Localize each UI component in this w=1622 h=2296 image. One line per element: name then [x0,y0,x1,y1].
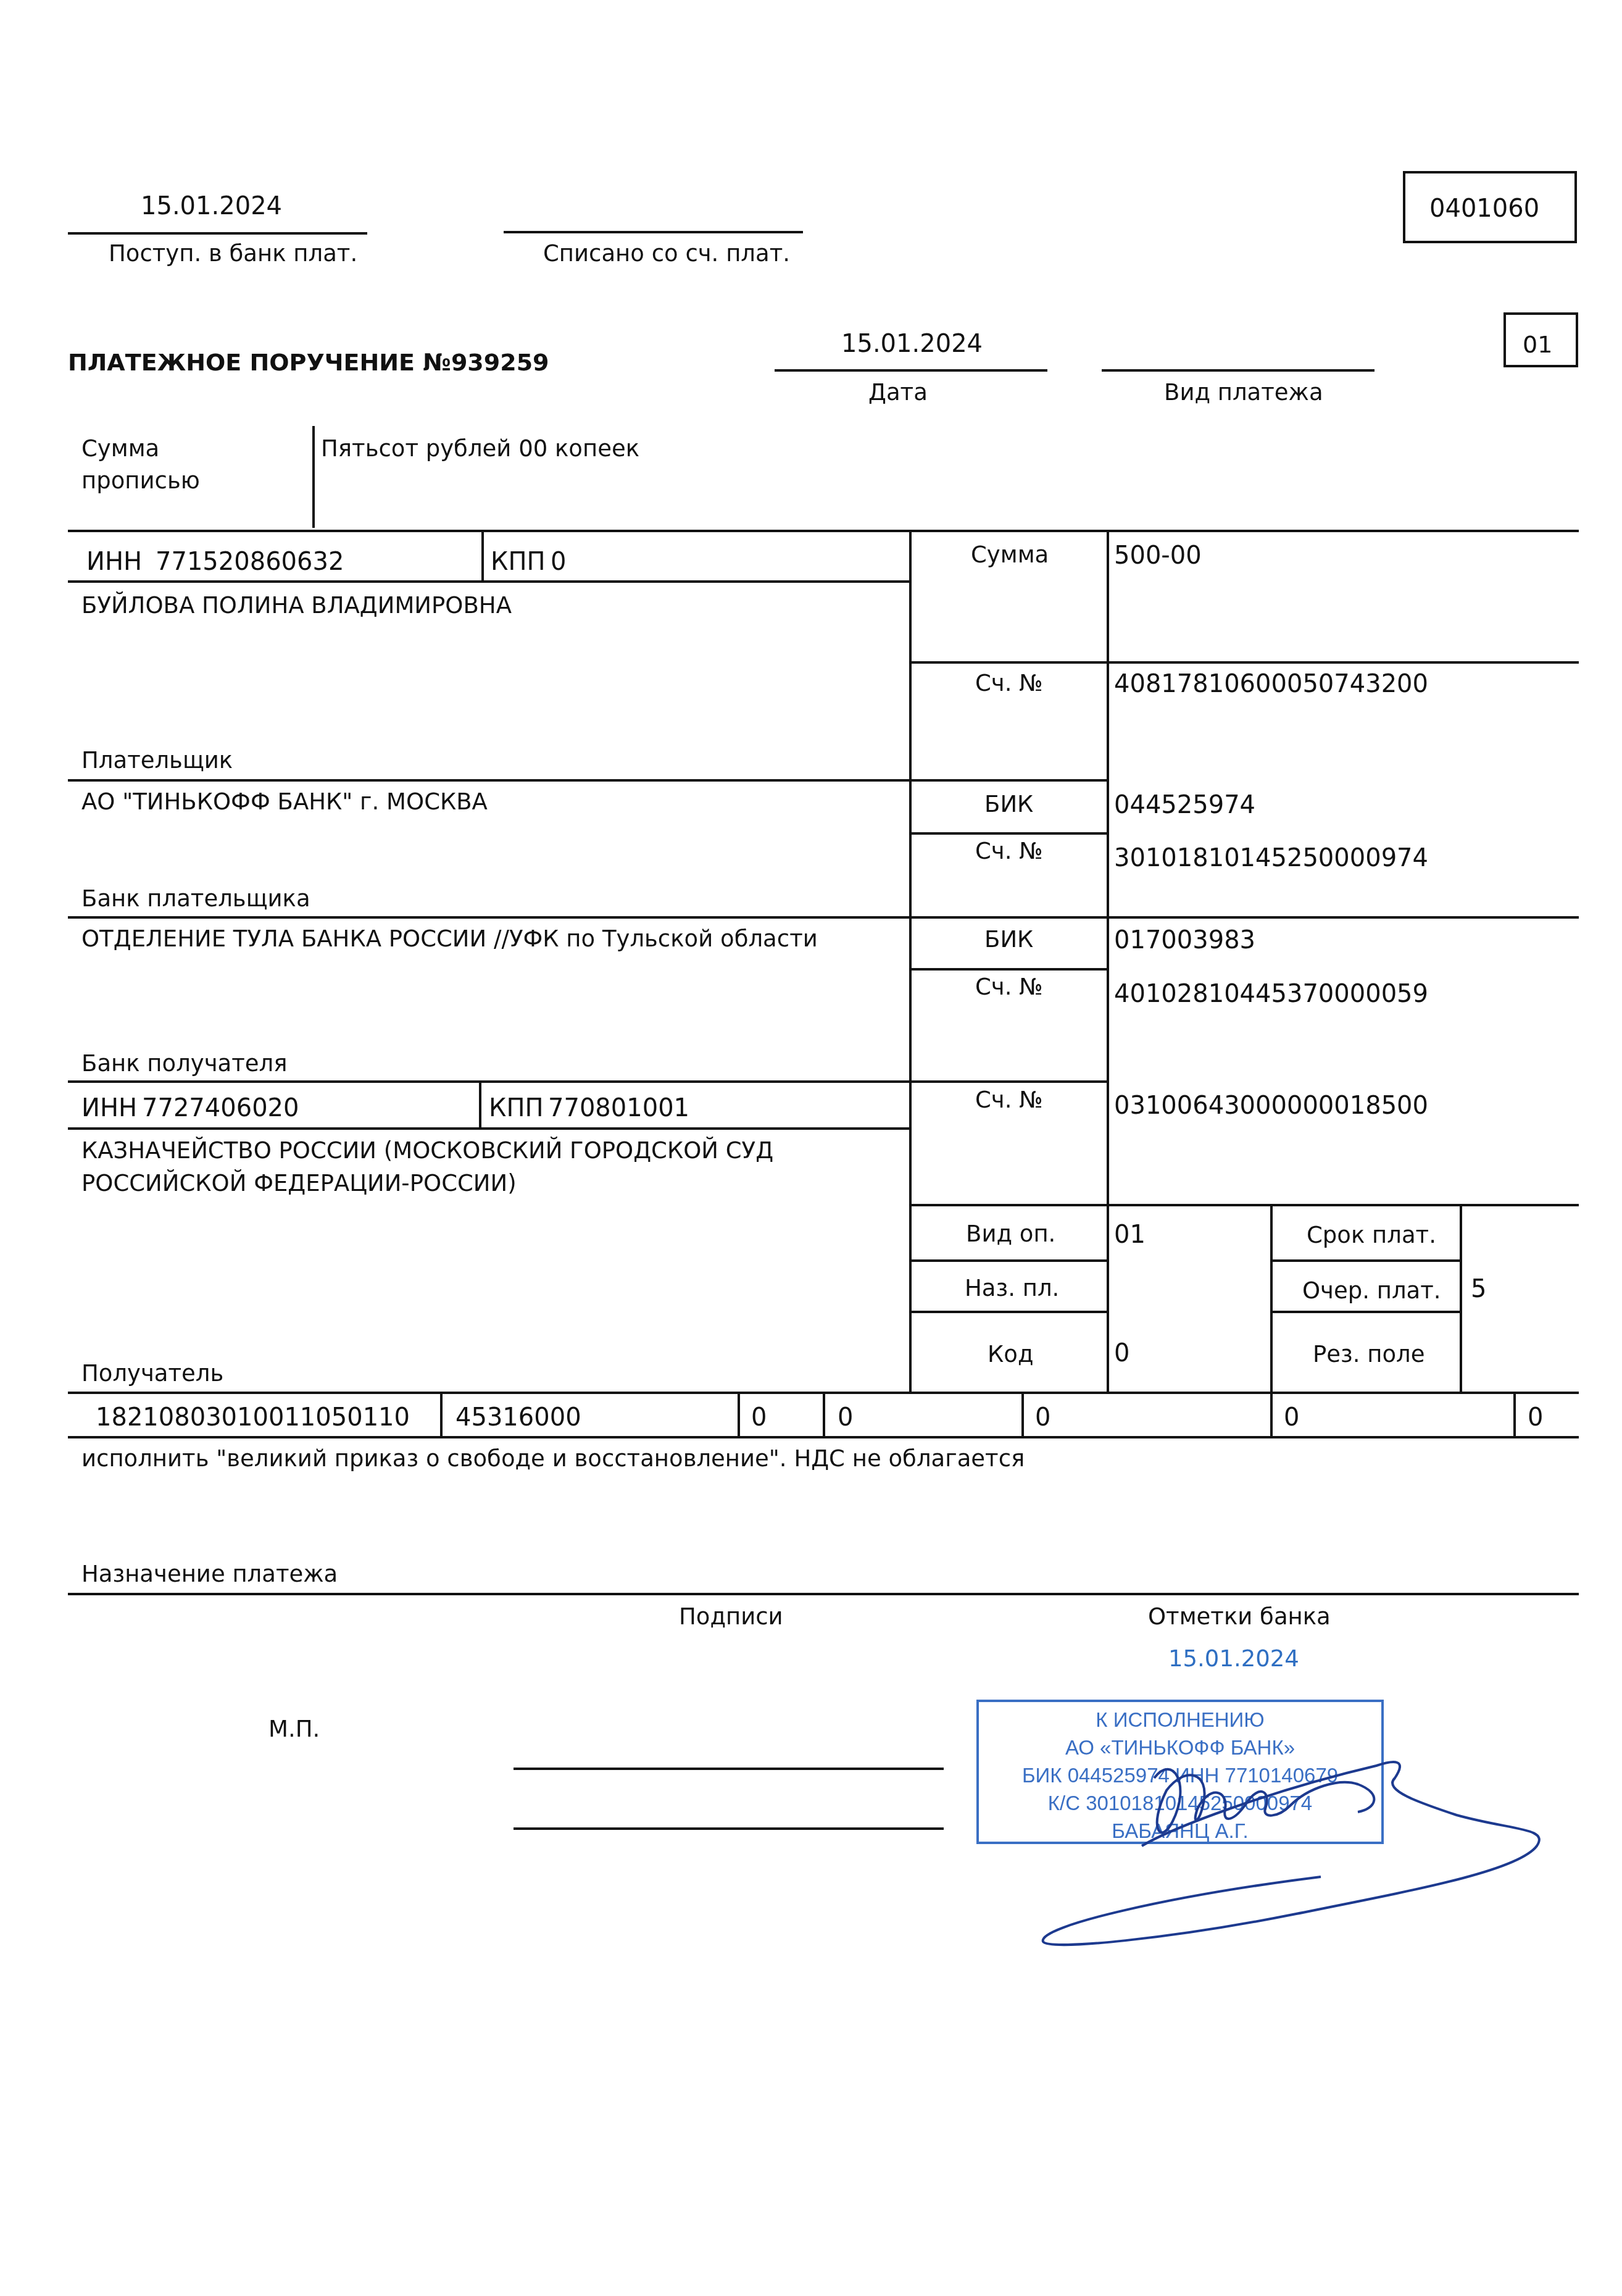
signature-line-2 [514,1827,944,1830]
payer-label: Плательщик [81,749,233,772]
payee-bank-bik: 017003983 [1114,928,1255,953]
payer-kpp-label: КПП [491,549,546,574]
signature-line-1 [514,1768,944,1770]
tax-field-basis: 0 [751,1405,767,1430]
grid-line [68,1436,1579,1438]
purpose-text: исполнить "великий приказ о свободе и во… [81,1447,1025,1470]
grid-line [1270,1392,1273,1438]
grid-line [440,1392,443,1438]
payment-type-label: Вид платежа [1164,381,1323,404]
payee-name-line2: РОССИЙСКОЙ ФЕДЕРАЦИИ-РОССИИ) [81,1172,517,1195]
vid-op-label: Вид оп. [966,1222,1055,1245]
payer-bank-account: 30101810145250000974 [1114,846,1428,870]
stamp-line: БАБАЯНЦ А.Г. [979,1817,1381,1845]
grid-line [481,530,484,582]
grid-line [68,916,1579,919]
payee-bank-account-label: Сч. № [975,975,1043,998]
amount-label: Сумма [971,543,1049,566]
grid-line [479,1080,481,1130]
grid-line [68,1127,909,1130]
order-date-label: Дата [868,381,928,404]
payer-account: 40817810600050743200 [1114,672,1428,696]
payee-bank-account: 40102810445370000059 [1114,982,1428,1006]
amount-value: 500-00 [1114,543,1202,568]
grid-line [738,1392,740,1438]
payer-bank-bik-label: БИК [984,793,1033,816]
order-date-line [775,369,1047,372]
amount-words-value: Пятьсот рублей 00 копеек [321,437,639,460]
payer-bank-name: АО "ТИНЬКОФФ БАНК" г. МОСКВА [81,790,488,813]
tax-field-type: 0 [1528,1405,1543,1430]
received-label: Поступ. в банк плат. [109,242,357,265]
payer-name: БУЙЛОВА ПОЛИНА ВЛАДИМИРОВНА [81,594,512,617]
form-code: 0401060 [1429,196,1539,221]
payment-type-line [1102,369,1375,372]
grid-line [1270,1259,1460,1262]
debited-label: Списано со сч. плат. [543,242,790,265]
grid-line [68,779,1107,782]
payer-account-label: Сч. № [975,672,1043,695]
payer-bank-label: Банк плательщика [81,887,310,910]
grid-line [909,832,1107,835]
payee-bank-name: ОТДЕЛЕНИЕ ТУЛА БАНКА РОССИИ //УФК по Тул… [81,927,818,950]
grid-line [68,1593,1579,1595]
payee-kpp: 770801001 [548,1096,689,1121]
stamp-line: АО «ТИНЬКОФФ БАНК» [979,1734,1381,1761]
payee-kpp-label: КПП [489,1096,544,1121]
grid-line [1021,1392,1024,1438]
stamp-line: К ИСПОЛНЕНИЮ [979,1706,1381,1734]
status-code: 01 [1523,333,1552,356]
amount-words-divider [312,426,315,528]
kod-label: Код [988,1343,1034,1366]
tax-field-doc-number: 0 [1035,1405,1050,1430]
received-date: 15.01.2024 [141,194,282,219]
ocher-label: Очер. плат. [1302,1279,1441,1302]
amount-words-label-2: прописью [81,469,200,492]
grid-line [909,661,1579,664]
srok-label: Срок плат. [1307,1224,1436,1246]
bank-stamp: К ИСПОЛНЕНИЮ АО «ТИНЬКОФФ БАНК» БИК 0445… [976,1700,1384,1844]
rez-label: Рез. поле [1313,1343,1425,1366]
grid-line [1107,530,1109,1393]
order-date: 15.01.2024 [841,332,983,356]
grid-line [909,530,912,1393]
grid-line [909,968,1107,971]
tax-field-period: 0 [838,1405,853,1430]
payee-account: 03100643000000018500 [1114,1093,1428,1118]
naz-pl-label: Наз. пл. [965,1277,1059,1300]
mp-label: М.П. [268,1718,320,1740]
payee-inn: 7727406020 [142,1096,299,1121]
bank-date: 15.01.2024 [1168,1647,1299,1670]
stamp-line: БИК 044525974 ИНН 7710140679 [979,1761,1381,1789]
stamp-line: К/С 30101810145250000974 [979,1789,1381,1817]
tax-field-oktmo: 45316000 [455,1405,581,1430]
payee-inn-label: ИНН [81,1096,137,1121]
signatures-label: Подписи [679,1605,783,1628]
kod: 0 [1114,1341,1129,1366]
payer-inn: 771520860632 [156,549,344,574]
received-date-line [68,232,367,235]
payer-bank-account-label: Сч. № [975,840,1043,862]
ocher: 5 [1471,1277,1486,1301]
tax-field-doc-date: 0 [1284,1405,1299,1430]
grid-line [68,530,1579,532]
purpose-label: Назначение платежа [81,1563,338,1585]
grid-line [823,1392,825,1438]
debited-date-line [504,231,803,233]
payee-name-line1: КАЗНАЧЕЙСТВО РОССИИ (МОСКОВСКИЙ ГОРОДСКО… [81,1139,773,1162]
payee-bank-bik-label: БИК [984,928,1033,951]
grid-line [1270,1204,1273,1393]
grid-line [1460,1204,1462,1393]
payer-inn-label: ИНН [86,549,142,574]
page-title: ПЛАТЕЖНОЕ ПОРУЧЕНИЕ №939259 [68,351,549,374]
bank-marks-label: Отметки банка [1148,1605,1331,1628]
payee-bank-label: Банк получателя [81,1052,288,1075]
payer-kpp: 0 [551,549,566,574]
payee-label: Получатель [81,1362,223,1385]
payee-account-label: Сч. № [975,1088,1043,1111]
grid-line [68,1080,1107,1083]
grid-line [1270,1311,1460,1313]
grid-line [1513,1392,1516,1438]
vid-op: 01 [1114,1222,1146,1247]
tax-field-kbk: 18210803010011050110 [96,1405,410,1430]
amount-words-label-1: Сумма [81,437,159,460]
grid-line [68,580,909,583]
grid-line [909,1204,1579,1206]
grid-line [909,1311,1107,1313]
grid-line [909,1259,1107,1262]
payer-bank-bik: 044525974 [1114,793,1255,817]
